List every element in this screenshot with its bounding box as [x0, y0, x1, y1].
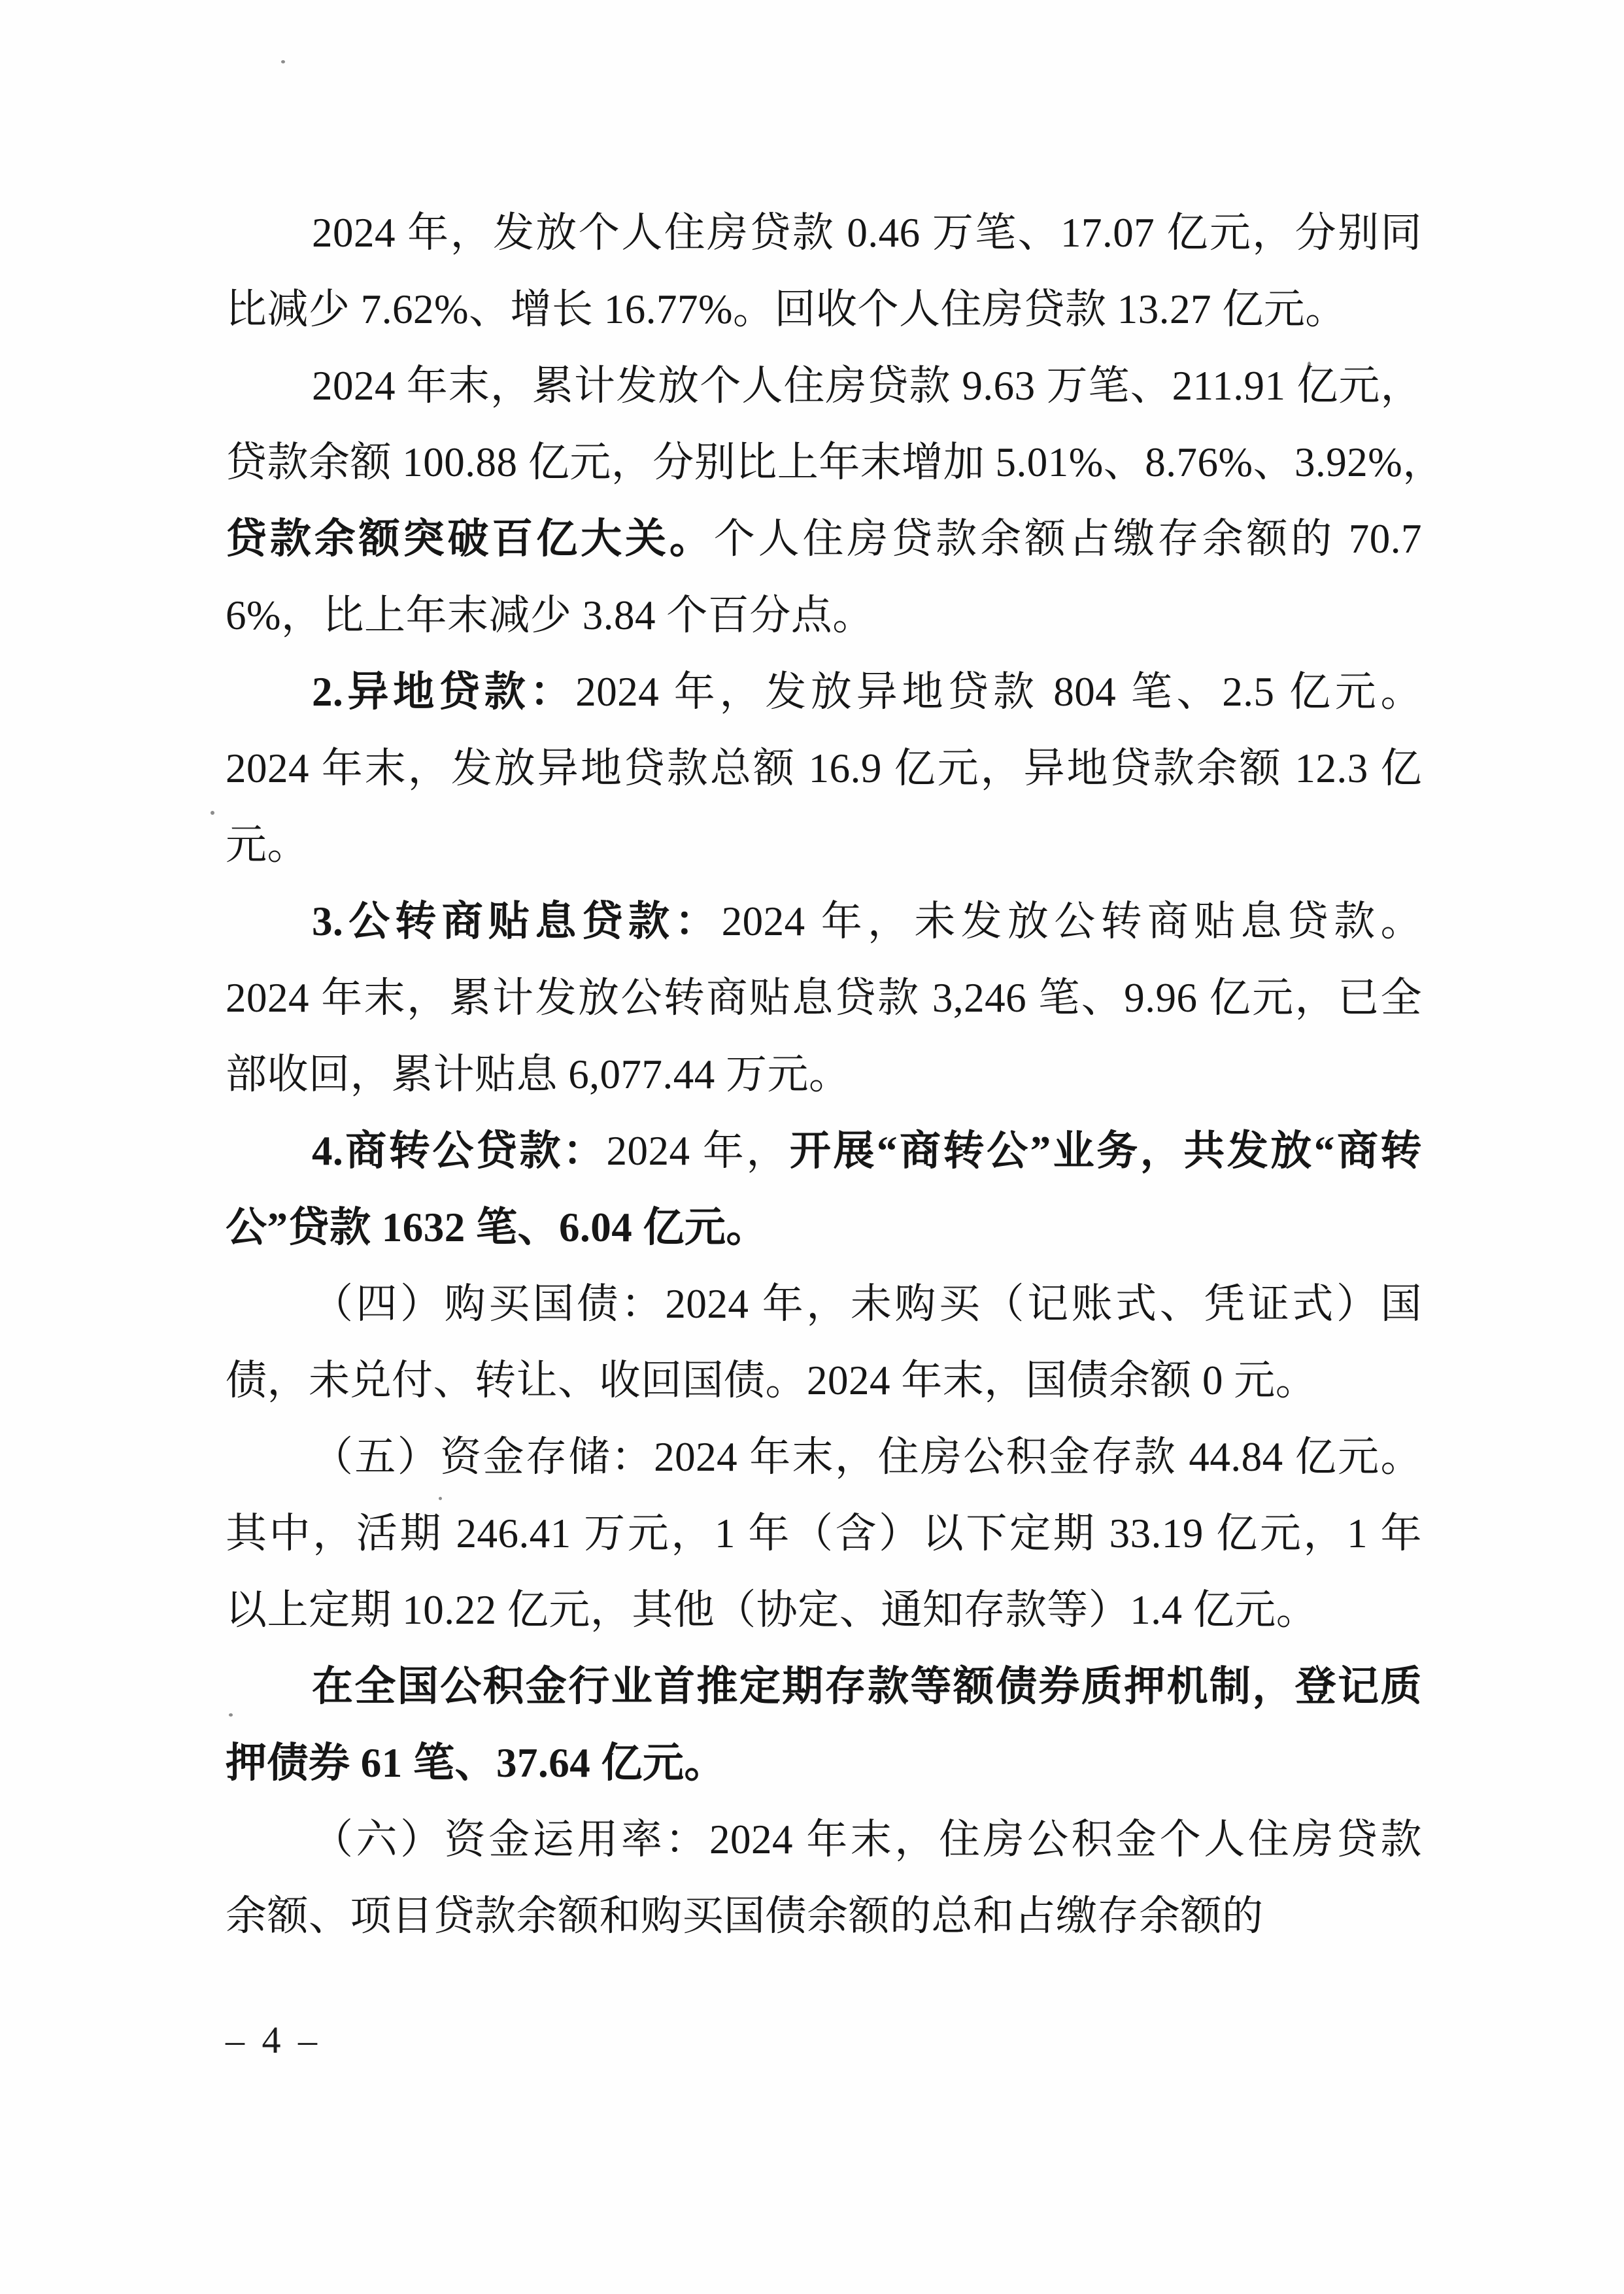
scan-speck [439, 1497, 442, 1500]
text-segment: 6%，比上年末减少 3.84 个百分点。 [226, 592, 874, 638]
para-bond-pledge-mechanism-line-1: 在全国公积金行业首推定期存款等额债券质押机制，登记质 [226, 1649, 1422, 1725]
scan-speck [281, 60, 285, 63]
bold-text-segment: 2.异地贷款： [312, 669, 575, 715]
para-personal-housing-loans-issued-line-2: 比减少 7.62%、增长 16.77%。回收个人住房贷款 13.27 亿元。 [226, 271, 1422, 348]
para-2-remote-loans-line-1: 2.异地贷款：2024 年，发放异地贷款 804 笔、2.5 亿元。 [226, 654, 1422, 730]
text-segment: 部收回，累计贴息 6,077.44 万元。 [226, 1052, 851, 1097]
text-segment: 余额、项目贷款余额和购买国债余额的总和占缴存余额的 [226, 1893, 1264, 1939]
text-segment: 2024 年末，发放异地贷款总额 16.9 亿元，异地贷款余额 12.3 亿 [226, 745, 1422, 791]
text-segment: 其中，活期 246.41 万元，1 年（含）以下定期 33.19 亿元，1 年 [226, 1511, 1422, 1556]
para-3-subsidized-interest-loans-line-1: 3.公转商贴息贷款：2024 年，未发放公转商贴息贷款。 [226, 883, 1422, 960]
text-segment: 债，未兑付、转让、收回国债。2024 年末，国债余额 0 元。 [226, 1358, 1317, 1403]
para-4-treasury-bonds-line-1: （四）购买国债：2024 年，未购买（记账式、凭证式）国 [226, 1266, 1422, 1343]
para-cumulative-personal-housing-loans-line-4: 6%，比上年末减少 3.84 个百分点。 [226, 577, 1422, 654]
bold-text-segment: 押债券 61 笔、37.64 亿元。 [226, 1740, 726, 1786]
text-segment: （五）资金存储：2024 年末，住房公积金存款 44.84 亿元。 [312, 1434, 1422, 1480]
para-5-fund-deposits-line-1: （五）资金存储：2024 年末，住房公积金存款 44.84 亿元。 [226, 1419, 1422, 1496]
para-5-fund-deposits-line-2: 其中，活期 246.41 万元，1 年（含）以下定期 33.19 亿元，1 年 [226, 1496, 1422, 1572]
para-cumulative-personal-housing-loans-line-1: 2024 年末，累计发放个人住房贷款 9.63 万笔、211.91 亿元， [226, 348, 1422, 424]
para-3-subsidized-interest-loans-line-2: 2024 年末，累计发放公转商贴息贷款 3,246 笔、9.96 亿元，已全 [226, 960, 1422, 1036]
bold-text-segment: 4.商转公贷款： [312, 1128, 607, 1174]
text-segment: 2024 年末，累计发放公转商贴息贷款 3,246 笔、9.96 亿元，已全 [226, 975, 1422, 1021]
scan-speck [211, 811, 214, 815]
text-segment: 2024 年末，累计发放个人住房贷款 9.63 万笔、211.91 亿元， [312, 363, 1422, 409]
para-6-fund-utilization-rate-line-1: （六）资金运用率：2024 年末，住房公积金个人住房贷款 [226, 1802, 1422, 1878]
para-bond-pledge-mechanism-line-2: 押债券 61 笔、37.64 亿元。 [226, 1725, 1422, 1802]
text-segment: （四）购买国债：2024 年，未购买（记账式、凭证式）国 [312, 1281, 1422, 1327]
para-cumulative-personal-housing-loans-line-3: 贷款余额突破百亿大关。个人住房贷款余额占缴存余额的 70.7 [226, 501, 1422, 577]
para-2-remote-loans-line-2: 2024 年末，发放异地贷款总额 16.9 亿元，异地贷款余额 12.3 亿 [226, 730, 1422, 807]
page-footer: – 4 – [226, 2019, 321, 2061]
bold-text-segment: 公”贷款 1632 笔、6.04 亿元。 [226, 1205, 768, 1250]
text-segment: 以上定期 10.22 亿元，其他（协定、通知存款等）1.4 亿元。 [226, 1587, 1317, 1633]
scan-speck [1308, 362, 1311, 366]
bold-text-segment: 3.公转商贴息贷款： [312, 899, 722, 944]
para-cumulative-personal-housing-loans-line-2: 贷款余额 100.88 亿元，分别比上年末增加 5.01%、8.76%、3.92… [226, 424, 1422, 501]
scan-speck [229, 1713, 233, 1717]
text-segment: 个人住房贷款余额占缴存余额的 70.7 [714, 516, 1422, 562]
text-segment: 2024 年，未发放公转商贴息贷款。 [722, 899, 1422, 944]
text-segment: 2024 年， [607, 1128, 790, 1174]
para-4-commercial-to-fund-loans-line-1: 4.商转公贷款：2024 年，开展“商转公”业务，共发放“商转 [226, 1113, 1422, 1190]
bold-text-segment: 开展“商转公”业务，共发放“商转 [790, 1128, 1422, 1174]
text-segment: 元。 [226, 822, 309, 868]
document-content: 2024 年，发放个人住房贷款 0.46 万笔、17.07 亿元，分别同比减少 … [226, 195, 1422, 1955]
text-segment: 比减少 7.62%、增长 16.77%。回收个人住房贷款 13.27 亿元。 [226, 286, 1347, 332]
text-segment: （六）资金运用率：2024 年末，住房公积金个人住房贷款 [312, 1817, 1422, 1862]
bold-text-segment: 贷款余额突破百亿大关。 [226, 516, 714, 562]
text-segment: 2024 年，发放个人住房贷款 0.46 万笔、17.07 亿元，分别同 [312, 210, 1422, 256]
para-4-commercial-to-fund-loans-line-2: 公”贷款 1632 笔、6.04 亿元。 [226, 1190, 1422, 1266]
para-personal-housing-loans-issued-line-1: 2024 年，发放个人住房贷款 0.46 万笔、17.07 亿元，分别同 [226, 195, 1422, 271]
text-segment: 贷款余额 100.88 亿元，分别比上年末增加 5.01%、8.76%、3.92… [226, 439, 1444, 485]
bold-text-segment: 在全国公积金行业首推定期存款等额债券质押机制，登记质 [312, 1664, 1422, 1709]
text-segment: 2024 年，发放异地贷款 804 笔、2.5 亿元。 [575, 669, 1422, 715]
page-number: – 4 – [226, 2019, 321, 2061]
para-5-fund-deposits-line-3: 以上定期 10.22 亿元，其他（协定、通知存款等）1.4 亿元。 [226, 1572, 1422, 1649]
para-3-subsidized-interest-loans-line-3: 部收回，累计贴息 6,077.44 万元。 [226, 1036, 1422, 1113]
para-4-treasury-bonds-line-2: 债，未兑付、转让、收回国债。2024 年末，国债余额 0 元。 [226, 1343, 1422, 1419]
para-2-remote-loans-line-3: 元。 [226, 807, 1422, 883]
para-6-fund-utilization-rate-line-2: 余额、项目贷款余额和购买国债余额的总和占缴存余额的 [226, 1878, 1422, 1955]
document-page: 2024 年，发放个人住房贷款 0.46 万笔、17.07 亿元，分别同比减少 … [0, 0, 1624, 2294]
